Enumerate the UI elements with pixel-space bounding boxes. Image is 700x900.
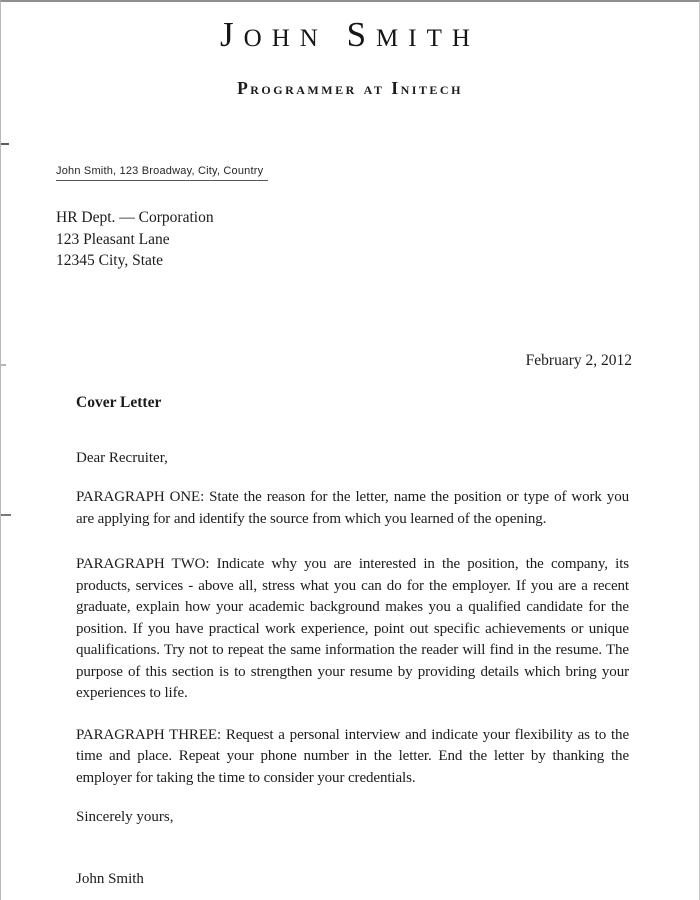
sender-row: John Smith, 123 Broadway, City, Country: [56, 161, 699, 181]
date-row: February 2, 2012: [1, 350, 632, 372]
paragraph-one: PARAGRAPH ONE: State the reason for the …: [76, 487, 629, 530]
sender-address-line: John Smith, 123 Broadway, City, Country: [56, 164, 268, 181]
fold-mark-upper: [1, 143, 9, 145]
subject-line: Cover Letter: [76, 392, 629, 414]
recipient-address-block: HR Dept. — Corporation 123 Pleasant Lane…: [56, 207, 699, 272]
paragraph-two: PARAGRAPH TWO: Indicate why you are inte…: [76, 554, 629, 705]
letterhead-name: John Smith: [1, 14, 699, 56]
letter-body: Cover Letter Dear Recruiter, PARAGRAPH O…: [76, 392, 629, 890]
letterhead-title: Programmer at Initech: [1, 78, 699, 99]
closing-line: Sincerely yours,: [76, 807, 629, 829]
letter-date: February 2, 2012: [526, 352, 632, 369]
fold-mark-lower: [1, 514, 11, 516]
recipient-line-2: 123 Pleasant Lane: [56, 229, 699, 251]
signature-name: John Smith: [76, 869, 629, 891]
letter-page: John Smith Programmer at Initech John Sm…: [0, 0, 700, 900]
letterhead: John Smith Programmer at Initech: [1, 2, 699, 99]
recipient-line-1: HR Dept. — Corporation: [56, 207, 699, 229]
paragraph-three: PARAGRAPH THREE: Request a personal inte…: [76, 725, 629, 790]
fold-mark-middle: [1, 364, 6, 366]
recipient-line-3: 12345 City, State: [56, 250, 699, 272]
salutation: Dear Recruiter,: [76, 448, 629, 470]
